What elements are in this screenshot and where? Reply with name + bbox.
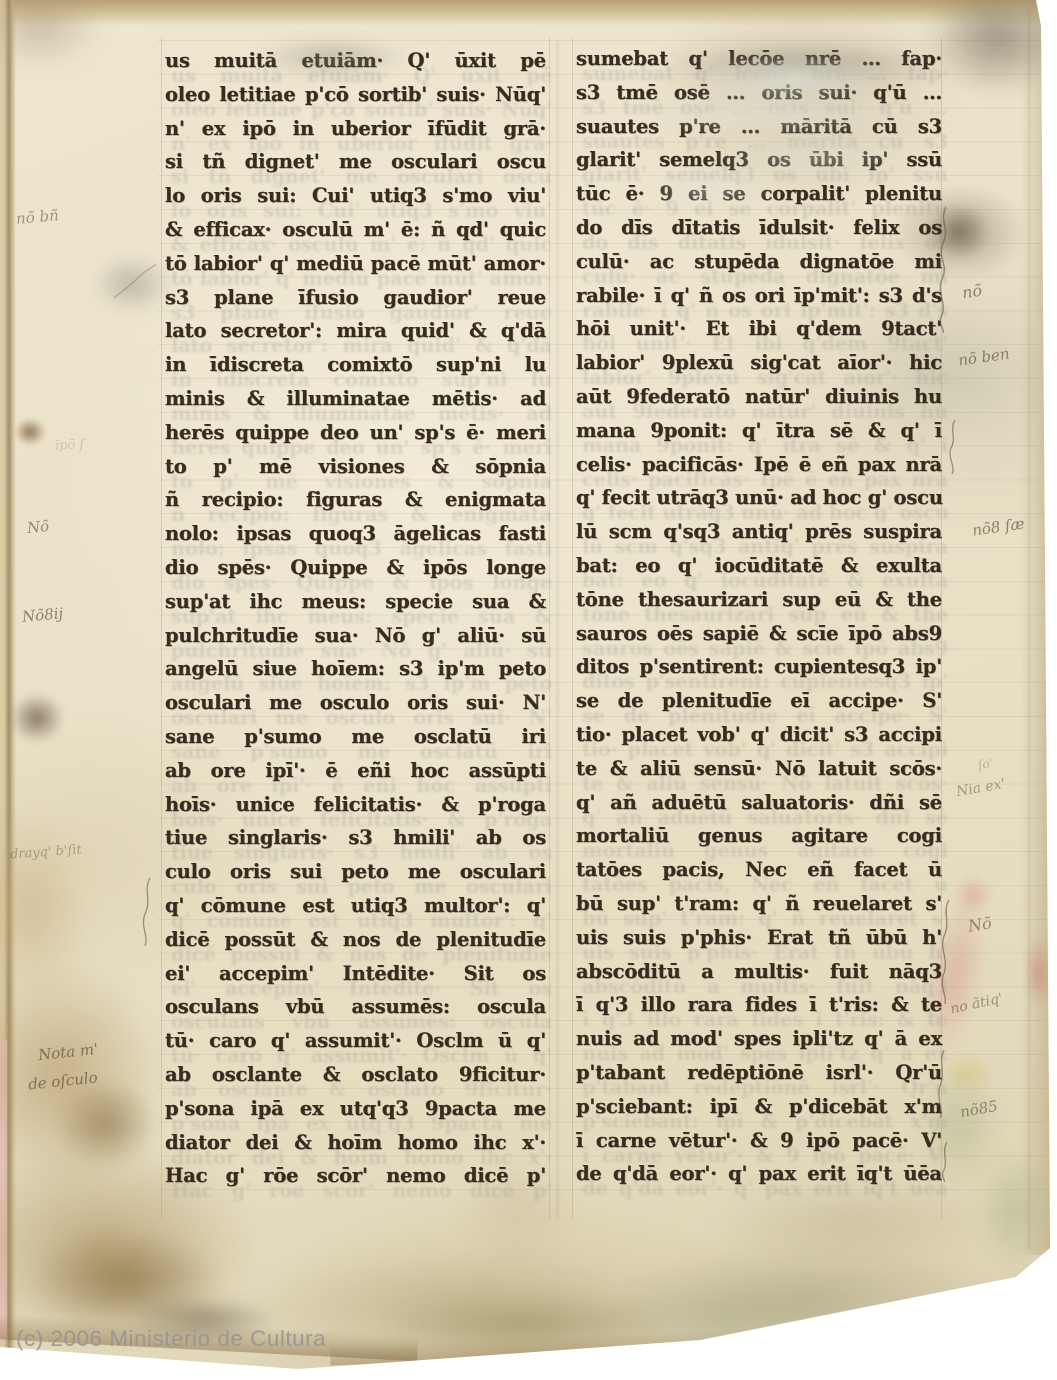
manuscript-text-line: osculans vbū assumēs: oscula [165,990,546,1024]
manuscript-text-line: si tñ dignet' me osculari oscu [165,145,546,179]
margin-note: īpō ſ [55,437,85,454]
vertical-ruling [572,38,573,1220]
manuscript-text-line: bū sup' t'ram: q' ñ reuelaret s' [576,887,942,921]
manuscript-text-line: ditos p'sentirent: cupientesq3 ip' [576,650,942,684]
manuscript-text-line: tiue singlaris· s3 hmili' ab os [165,821,546,855]
manuscript-scan: us muitā etuiām· Q' ūxit pēoleo letitiae… [0,0,1057,1380]
manuscript-text-line: do dīs dītatis īdulsit· felix os [576,211,942,245]
manuscript-text-line: uis suis p'phis· Erat tñ ūbū h' [576,921,942,955]
manuscript-text-line: te & aliū sensū· Nō latuit scōs· [576,752,942,786]
manuscript-text-line: hōi unit'· Et ibi q'dem 9tact' [576,312,942,346]
manuscript-text-line: bat: eo q' iocūditatē & exulta [576,549,942,583]
manuscript-text-line: ab osclante & osclato 9ficitur· [165,1058,546,1092]
manuscript-text-line: tio· placet vob' q' dicit' s3 accipi [576,718,942,752]
manuscript-text-line: nolo: ipsas quoq3 āgelicas fasti [165,517,546,551]
manuscript-text-line: p'tabant redēptiōnē isrl'· Qr'ū [576,1056,942,1090]
manuscript-text-line: aūt 9federatō natūr' diuinis hu [576,380,942,414]
manuscript-text-line: nuis ad mod' spes ipli'tz q' ā ex [576,1022,942,1056]
manuscript-text-line: & efficax· osculū m' ē: ñ qd' quic [165,213,546,247]
copyright-watermark: (c) 2006 Ministerio de Cultura [16,1326,326,1352]
manuscript-text-line: dicē possūt & nos de plenitudīe [165,923,546,957]
nota-bracket-squiggle [938,898,956,1006]
margin-note: Nõ [967,913,993,935]
manuscript-text-line: ñ recipio: figuras & enigmata [165,483,546,517]
stain-left-spot [14,418,46,446]
manuscript-text-line: ī carne vētur'· & 9 ipō pacē· V' [576,1124,942,1158]
manuscript-text-line: sane p'sumo me osclatū iri [165,720,546,754]
text-column-right: sumebat q' lecōe nrē … fap·s3 tmē osē … … [576,42,942,1191]
manuscript-text-line: q' añ aduētū saluatoris· dñi sē [576,786,942,820]
manuscript-text-line: tū· caro q' assumit'· Osclm ū q' [165,1024,546,1058]
manuscript-text-line: n' ex ipō in uberior īfūdit grā· [165,112,546,146]
margin-note: nõ bñ [15,206,59,228]
manuscript-text-line: abscōditū a multis· fuit nāq3 [576,955,942,989]
stain-top-left [0,0,105,70]
manuscript-text-line: herēs quippe deo un' sp's ē· meri [165,416,546,450]
parchment-page: us muitā etuiām· Q' ūxit pēoleo letitiae… [0,0,1057,1380]
manuscript-text-line: ī q'3 illo rara fides ī t'ris: & te [576,988,942,1022]
manuscript-text-line: labior' 9plexū sig'cat aīor'· hic [576,346,942,380]
manuscript-text-line: angelū siue hoīem: s3 ip'm peto [165,652,546,686]
manuscript-text-line: sup'at ihc meus: specie sua & [165,585,546,619]
manuscript-text-line: to p' mē visiones & sōpnia [165,450,546,484]
gutter-crease [556,40,559,1220]
margin-note: Nõ [26,517,50,537]
manuscript-text-line: celis· pacificās· Ipē ē eñ pax nrā [576,448,942,482]
nota-bracket-squiggle [946,418,960,476]
manuscript-text-line: q' cōmune est utiq3 multor': q' [165,889,546,923]
manuscript-text-line: tō labior' q' mediū pacē mūt' amor· [165,247,546,281]
manuscript-text-line: tatōes pacis, Nec eñ facet ū [576,853,942,887]
manuscript-text-line: se de plenitudīe eī accipe· S' [576,684,942,718]
margin-note: nõ [961,281,983,303]
manuscript-text-line: ab ore ipī'· ē eñi hoc assūpti [165,754,546,788]
manuscript-text-line: dio spēs· Quippe & ipōs longe [165,551,546,585]
page-edge-top [0,0,1045,26]
manuscript-text-line: ei' accepim' Intēdite· Sit os [165,957,546,991]
erasure-patch [618,93,923,135]
manuscript-text-line: oleo letitiae p'cō sortib' suis· Nūq' [165,78,546,112]
bleedthrough-foliage [978,1148,1050,1273]
nota-bracket-squiggle [936,205,954,335]
manuscript-text-line: de q'dā eor'· q' pax erit īq't ūēa [576,1157,942,1191]
manuscript-text-line: hoīs· unice felicitatis· & p'roga [165,788,546,822]
nota-bracket-squiggle [938,1140,952,1184]
manuscript-text-line: rabile· ī q' ñ os ori īp'mit': s3 d's [576,279,942,313]
margin-note: Nõ8ij [21,604,64,626]
manuscript-text-line: lato secretor': mira quid' & q'dā [165,314,546,348]
manuscript-text-line: p'sciebant: ipī & p'dicebāt x'm [576,1090,942,1124]
smudge-over-text [252,36,412,78]
manuscript-text-line: sauros oēs sapiē & scīe īpō abs9 [576,617,942,651]
manuscript-text-line: culū· ac stupēda dignatōe mi [576,245,942,279]
manuscript-text-line: s3 plane īfusio gaudior' reue [165,281,546,315]
manuscript-text-line: in īdiscreta comixtō sup'ni lu [165,348,546,382]
stain-bottom-green [598,1278,863,1360]
manuscript-text-line: diator dei & hoīm homo ihc x'· [165,1126,546,1160]
margin-note: ſo' [977,756,994,772]
manuscript-text-line: q' fecit utrāq3 unū· ad hoc g' oscu [576,481,942,515]
manuscript-text-line: p'sona ipā ex utq'q3 9pacta me [165,1092,546,1126]
manuscript-text-line: minis & illuminatae mētis· ad [165,382,546,416]
page-edge-crease [1028,10,1030,1250]
manuscript-text-line: mortaliū genus agitare cogi [576,819,942,853]
manuscript-text-line: Hac g' rōe scōr' nemo dicē p' [165,1159,546,1193]
manuscript-text-line: mana 9ponit: q' ītra sē & q' ī [576,414,942,448]
manuscript-text-line: lū scm q'sq3 antiq' prēs suspira [576,515,942,549]
nota-bracket-squiggle [138,876,158,948]
manuscript-text-line: pulchritudīe sua· Nō g' aliū· sū [165,619,546,653]
text-column-left: us muitā etuiām· Q' ūxit pēoleo letitiae… [165,44,546,1193]
nota-bracket-squiggle [934,1048,950,1120]
erasure-patch [638,168,783,210]
margin-scribble [112,262,158,302]
stain-left-spot [10,693,64,743]
vertical-ruling [161,38,162,1220]
manuscript-text-line: lo oris sui: Cui' utiq3 s'mo viu' [165,179,546,213]
manuscript-text-line: tōne thesaurizari sup eū & the [576,583,942,617]
manuscript-text-line: culo oris sui peto me osculari [165,855,546,889]
bleedthrough-red-edge [1026,936,1052,1008]
manuscript-text-line: osculari me osculo oris sui· N' [165,686,546,720]
